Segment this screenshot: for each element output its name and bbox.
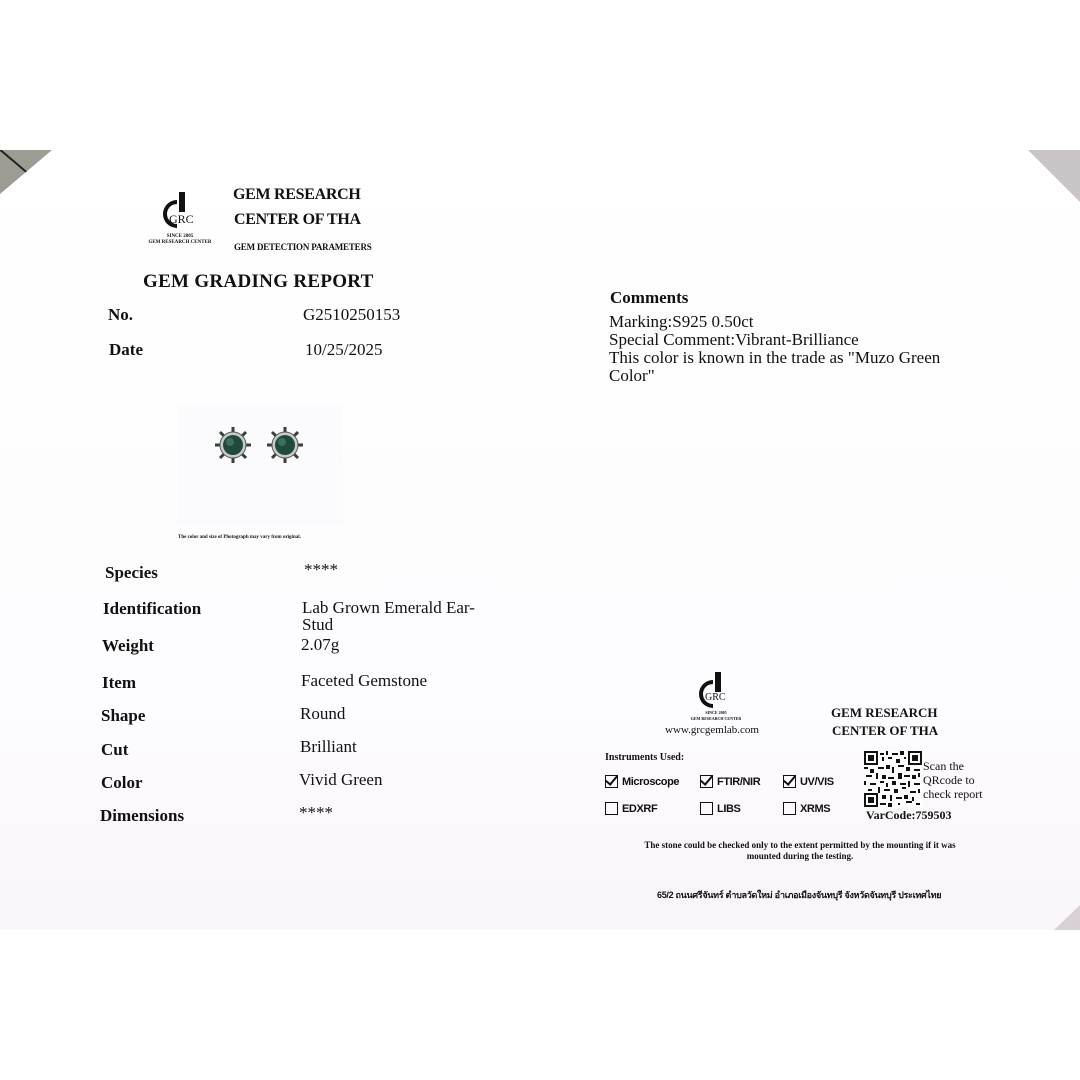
footer-logo-abbrev: GRC (705, 692, 726, 703)
scan-line-3: check report (923, 787, 983, 801)
checkbox-empty-icon (605, 802, 618, 815)
instrument-label: XRMS (800, 803, 830, 815)
footer-logo-since: SINCE 2005 GEM RESEARCH CENTER (683, 710, 749, 722)
field-identification-value: Lab Grown Emerald Ear-Stud (302, 599, 492, 633)
instrument-libs: LIBS (700, 802, 740, 815)
instrument-xrms: XRMS (783, 802, 830, 815)
checkbox-empty-icon (783, 802, 796, 815)
checkbox-checked-icon (605, 775, 618, 788)
field-dimensions-label: Dimensions (100, 806, 184, 826)
website-link[interactable]: www.grcgemlab.com (665, 724, 759, 736)
report-title: GEM GRADING REPORT (143, 271, 374, 293)
comments-title: Comments (610, 288, 688, 308)
footer-org-line1: GEM RESEARCH (831, 705, 938, 721)
footer-grc-logo-icon (693, 670, 733, 710)
field-cut-label: Cut (101, 740, 128, 760)
varcode: VarCode:759503 (866, 808, 952, 823)
logo-center-text: GEM RESEARCH CENTER (147, 240, 213, 246)
checkbox-checked-icon (783, 775, 796, 788)
field-species-label: Species (105, 563, 158, 583)
instrument-label: FTIR/NIR (717, 776, 760, 788)
photo-caption: The color and size of Photograph may var… (178, 535, 301, 540)
field-shape-value: Round (300, 705, 345, 722)
field-dimensions-value: **** (299, 804, 333, 821)
qr-code-icon[interactable] (864, 751, 922, 807)
org-subtitle: GEM DETECTION PARAMETERS (234, 242, 372, 252)
instrument-uv-vis: UV/VIS (783, 775, 834, 788)
org-name-line1: GEM RESEARCH (233, 186, 361, 204)
logo-since: SINCE 2005 GEM RESEARCH CENTER (147, 234, 213, 246)
report-date-label: Date (109, 340, 143, 360)
comments-body: Marking:S925 0.50ct Special Comment:Vibr… (609, 313, 979, 385)
logo-abbrev: GRC (169, 212, 194, 227)
instrument-label: UV/VIS (800, 776, 834, 788)
instrument-microscope: Microscope (605, 775, 679, 788)
field-weight-label: Weight (102, 636, 154, 656)
mounting-disclaimer: The stone could be checked only to the e… (630, 840, 970, 862)
field-item-value: Faceted Gemstone (301, 672, 427, 689)
lab-address: 65/2 ถนนศรีจันทร์ ตำบลวัดใหม่ อำเภอเมือง… (657, 888, 941, 902)
field-item-label: Item (102, 673, 136, 693)
field-color-value: Vivid Green (299, 771, 382, 788)
field-shape-label: Shape (101, 706, 145, 726)
field-cut-value: Brilliant (300, 738, 357, 755)
org-name-line2: CENTER OF THA (234, 211, 361, 229)
report-date-value: 10/25/2025 (305, 340, 382, 360)
instrument-label: Microscope (622, 776, 679, 788)
field-identification-label: Identification (103, 599, 201, 619)
field-color-label: Color (101, 773, 143, 793)
comment-special: Special Comment:Vibrant-Brilliance (609, 331, 979, 349)
instrument-ftir-nir: FTIR/NIR (700, 775, 760, 788)
gem-photo (178, 405, 343, 525)
instrument-label: LIBS (717, 803, 740, 815)
instruments-title: Instruments Used: (605, 752, 684, 763)
checkbox-empty-icon (700, 802, 713, 815)
scan-instructions: Scan the QRcode to check report (923, 759, 983, 801)
report-no-value: G2510250153 (303, 305, 400, 325)
scan-line-2: QRcode to (923, 773, 983, 787)
instrument-edxrf: EDXRF (605, 802, 657, 815)
checkbox-checked-icon (700, 775, 713, 788)
report-no-label: No. (108, 305, 133, 325)
comment-trade-color: This color is known in the trade as "Muz… (609, 349, 979, 385)
grc-logo: GRC SINCE 2005 GEM RESEARCH CENTER (147, 190, 217, 254)
earring-image (178, 405, 343, 525)
instrument-label: EDXRF (622, 803, 657, 815)
scan-line-1: Scan the (923, 759, 983, 773)
field-species-value: **** (304, 561, 338, 578)
footer-org-line2: CENTER OF THA (832, 723, 938, 739)
footer-logo-center-text: GEM RESEARCH CENTER (683, 716, 749, 722)
comment-marking: Marking:S925 0.50ct (609, 313, 979, 331)
field-weight-value: 2.07g (301, 636, 339, 653)
